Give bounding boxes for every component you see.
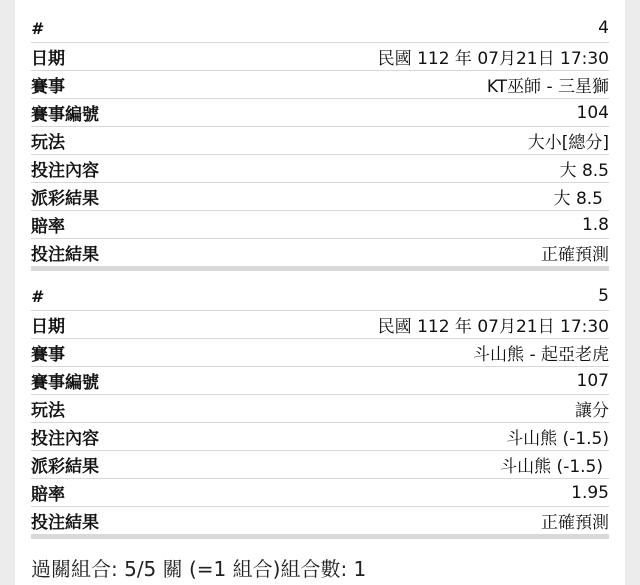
row-number: # 5 [31, 282, 609, 311]
value-play-type: 讓分 [575, 396, 609, 421]
value-bet-result: 正確預測 [541, 240, 609, 265]
row-payout-result: 派彩結果 斗山熊 (-1.5) [31, 451, 609, 479]
label-date: 日期 [31, 312, 65, 337]
value-play-type: 大小[總分] [528, 128, 609, 153]
row-date: 日期 民國 112 年 07月21日 17:30 [31, 43, 609, 71]
value-payout-result: 斗山熊 (-1.5) [500, 452, 603, 477]
row-match-no: 賽事編號 104 [31, 99, 609, 127]
value-bet-result: 正確預測 [541, 508, 609, 533]
label-payout-result: 派彩結果 [31, 452, 99, 477]
value-number: 4 [598, 18, 609, 38]
label-play-type: 玩法 [31, 128, 65, 153]
bet-detail-panel: # 4 日期 民國 112 年 07月21日 17:30 賽事 KT巫師 - 三… [15, 0, 625, 585]
row-payout-result: 派彩結果 大 8.5 [31, 183, 609, 211]
bet-block-5: # 5 日期 民國 112 年 07月21日 17:30 賽事 斗山熊 - 起亞… [31, 282, 609, 539]
row-bet-content: 投注內容 大 8.5 [31, 155, 609, 183]
label-match-no: 賽事編號 [31, 368, 99, 393]
label-play-type: 玩法 [31, 396, 65, 421]
value-bet-content: 斗山熊 (-1.5) [506, 424, 609, 449]
label-match: 賽事 [31, 340, 65, 365]
label-odds: 賠率 [31, 480, 65, 505]
row-bet-result: 投注結果 正確預測 [31, 239, 609, 266]
label-bet-result: 投注結果 [31, 240, 99, 265]
parlay-summary: 過關組合: 5/5 關 (=1 組合)組合數: 1 [31, 553, 366, 582]
row-odds: 賠率 1.95 [31, 479, 609, 507]
row-number: # 4 [31, 14, 609, 43]
row-bet-content: 投注內容 斗山熊 (-1.5) [31, 423, 609, 451]
row-play-type: 玩法 大小[總分] [31, 127, 609, 155]
value-date: 民國 112 年 07月21日 17:30 [378, 44, 609, 69]
value-odds: 1.95 [571, 483, 609, 503]
block-divider [31, 534, 609, 539]
value-match-no: 107 [577, 371, 609, 391]
value-number: 5 [598, 286, 609, 306]
row-bet-result: 投注結果 正確預測 [31, 507, 609, 534]
row-match: 賽事 斗山熊 - 起亞老虎 [31, 339, 609, 367]
row-match: 賽事 KT巫師 - 三星獅 [31, 71, 609, 99]
label-bet-result: 投注結果 [31, 508, 99, 533]
label-number: # [31, 287, 42, 306]
row-match-no: 賽事編號 107 [31, 367, 609, 395]
label-bet-content: 投注內容 [31, 424, 99, 449]
bet-block-4: # 4 日期 民國 112 年 07月21日 17:30 賽事 KT巫師 - 三… [31, 14, 609, 271]
row-play-type: 玩法 讓分 [31, 395, 609, 423]
value-payout-result: 大 8.5 [554, 184, 603, 209]
block-divider [31, 266, 609, 271]
label-odds: 賠率 [31, 212, 65, 237]
label-number: # [31, 19, 42, 38]
label-match: 賽事 [31, 72, 65, 97]
label-payout-result: 派彩結果 [31, 184, 99, 209]
row-date: 日期 民國 112 年 07月21日 17:30 [31, 311, 609, 339]
value-match: 斗山熊 - 起亞老虎 [473, 340, 609, 365]
value-match: KT巫師 - 三星獅 [487, 72, 609, 97]
row-odds: 賠率 1.8 [31, 211, 609, 239]
label-match-no: 賽事編號 [31, 100, 99, 125]
label-date: 日期 [31, 44, 65, 69]
value-bet-content: 大 8.5 [560, 156, 609, 181]
value-match-no: 104 [577, 103, 609, 123]
value-odds: 1.8 [582, 215, 609, 235]
label-bet-content: 投注內容 [31, 156, 99, 181]
value-date: 民國 112 年 07月21日 17:30 [378, 312, 609, 337]
